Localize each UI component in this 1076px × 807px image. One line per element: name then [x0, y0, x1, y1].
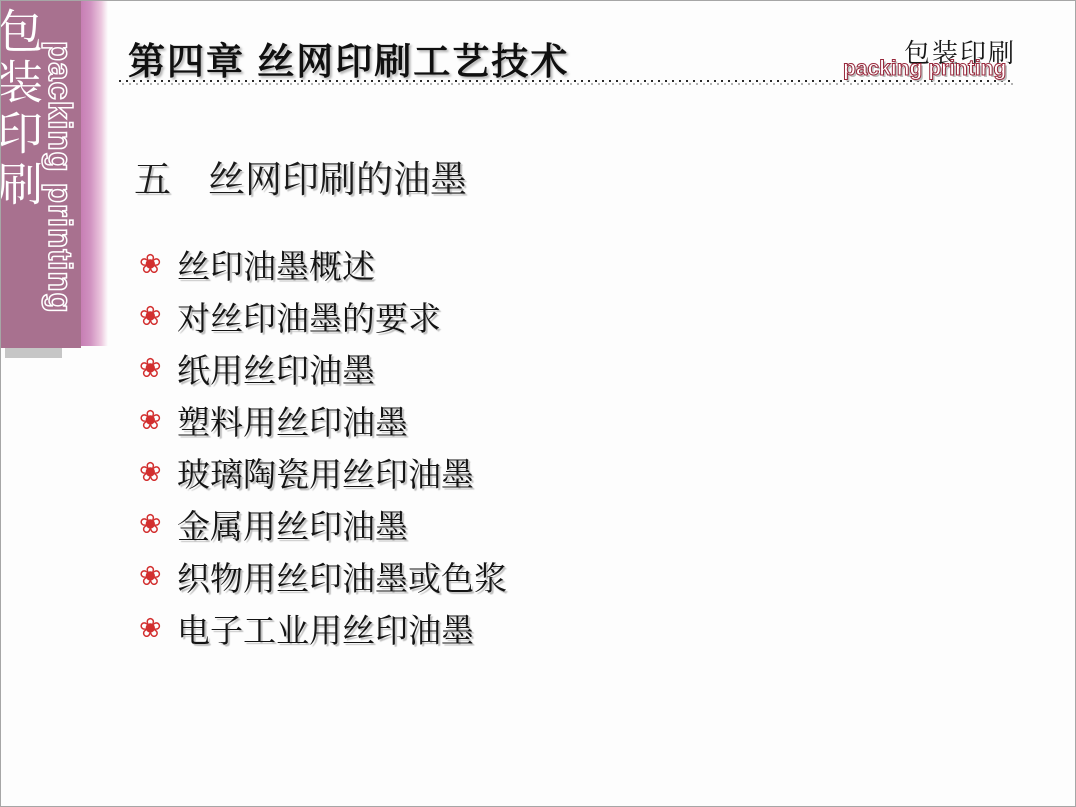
topic-list: ❀ 丝印油墨概述 ❀ 对丝印油墨的要求 ❀ 纸用丝印油墨 ❀ 塑料用丝印油墨 ❀… — [139, 238, 507, 654]
list-item-label: 纸用丝印油墨 — [177, 345, 375, 392]
list-item: ❀ 塑料用丝印油墨 — [139, 394, 507, 446]
slide-page: 包装印刷 packing printing 第四章 丝网印刷工艺技术 包装印刷 … — [0, 0, 1076, 807]
list-item-label: 丝印油墨概述 — [177, 241, 375, 288]
list-item-label: 对丝印油墨的要求 — [177, 293, 441, 340]
list-item-label: 织物用丝印油墨或色浆 — [177, 553, 507, 600]
sidebar-shadow — [5, 348, 62, 358]
flower-bullet-icon: ❀ — [139, 355, 177, 382]
list-item: ❀ 织物用丝印油墨或色浆 — [139, 550, 507, 602]
flower-bullet-icon: ❀ — [139, 407, 177, 434]
section-title: 丝网印刷的油墨 — [208, 160, 467, 201]
list-item-label: 玻璃陶瓷用丝印油墨 — [177, 449, 474, 496]
list-item: ❀ 纸用丝印油墨 — [139, 342, 507, 394]
brand-logo-subtitle: packing printing — [843, 57, 1006, 81]
flower-bullet-icon: ❀ — [139, 563, 177, 590]
list-item-label: 金属用丝印油墨 — [177, 501, 408, 548]
flower-bullet-icon: ❀ — [139, 459, 177, 486]
sidebar-vertical-subtitle: packing printing — [41, 41, 79, 314]
flower-bullet-icon: ❀ — [139, 251, 177, 278]
flower-bullet-icon: ❀ — [139, 303, 177, 330]
sidebar-bar: 包装印刷 packing printing — [1, 1, 81, 348]
flower-bullet-icon: ❀ — [139, 615, 177, 642]
list-item-label: 电子工业用丝印油墨 — [177, 605, 474, 652]
section-number: 五 — [134, 160, 171, 201]
list-item: ❀ 丝印油墨概述 — [139, 238, 507, 290]
list-item: ❀ 玻璃陶瓷用丝印油墨 — [139, 446, 507, 498]
sidebar-accent-strip — [81, 1, 108, 346]
list-item: ❀ 电子工业用丝印油墨 — [139, 602, 507, 654]
list-item-label: 塑料用丝印油墨 — [177, 397, 408, 444]
flower-bullet-icon: ❀ — [139, 511, 177, 538]
chapter-title: 第四章 丝网印刷工艺技术 — [128, 31, 569, 85]
list-item: ❀ 金属用丝印油墨 — [139, 498, 507, 550]
list-item: ❀ 对丝印油墨的要求 — [139, 290, 507, 342]
section-heading: 五丝网印刷的油墨 — [134, 149, 467, 203]
sidebar-vertical-title: 包装印刷 — [0, 7, 45, 211]
